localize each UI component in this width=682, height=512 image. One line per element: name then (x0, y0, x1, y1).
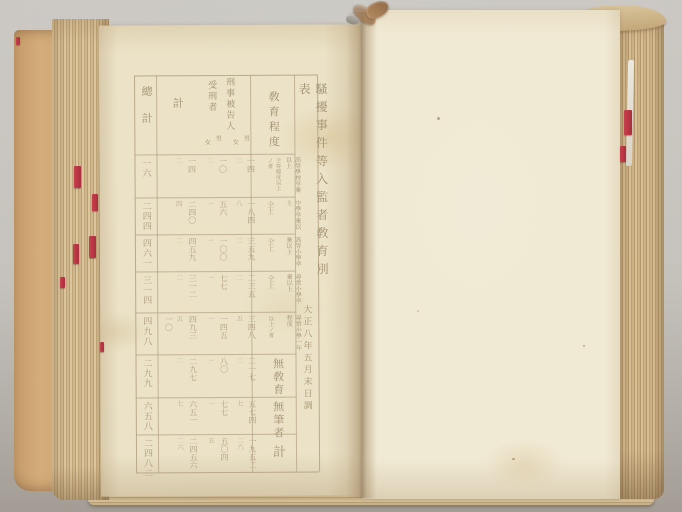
right-page-edges (617, 13, 664, 499)
cell-value: 二六 (176, 437, 185, 450)
red-tab (100, 342, 104, 352)
cell-value: 二 (236, 357, 245, 364)
cell-value: 三四八 (246, 315, 257, 339)
row-education-note: 仝上 (266, 238, 276, 267)
cell-value: 四五九 (187, 237, 198, 261)
row-education-label: 尋常小學卒業以上 (284, 274, 302, 309)
cell-value: 二 (234, 157, 243, 164)
red-tab (60, 277, 65, 288)
cell-value: 一四 (186, 157, 197, 173)
row-education-label: 無筆者 (270, 401, 286, 440)
cell-value: 一 (207, 400, 216, 407)
subheader-convicts-male: 男 (213, 135, 222, 141)
grand-total-value: 二四四 (140, 201, 153, 231)
cell-value: 五 (235, 315, 244, 322)
header-grand-total: 總計 (138, 85, 154, 159)
right-blank-page (362, 10, 620, 499)
cell-value: 五七四 (247, 400, 258, 424)
cell-value: 七 (236, 400, 245, 407)
table-grid-vline (134, 75, 137, 472)
cell-value: 一 (206, 315, 215, 322)
cell-value: 二 (176, 357, 185, 364)
cell-value: 一九五二 (247, 437, 258, 469)
education-table: 騷擾事件等入監者敎育別表大正八年五月末日調總計計受刑者刑事被告人敎育程度男女男女… (99, 24, 363, 496)
cell-value: 五 (175, 315, 184, 322)
cell-value: 七七 (218, 274, 229, 290)
cell-value: 二 (235, 274, 244, 281)
row-education-note: 仝等程度以上ノ者 (265, 158, 281, 193)
row-education-label: 中學卒業以上 (284, 200, 302, 231)
grand-total-value: 二四八二 (141, 438, 154, 478)
left-page: 騷擾事件等入監者敎育別表大正八年五月末日調總計計受刑者刑事被告人敎育程度男女男女… (99, 24, 363, 496)
cell-value: 一 (207, 357, 216, 364)
foxing-speck (583, 345, 585, 347)
row-education-label: 無敎育 (270, 358, 286, 397)
table-grid-hline (135, 354, 295, 356)
table-grid-hline (135, 234, 295, 236)
cell-value: 二三五 (246, 274, 257, 298)
header-defendants: 刑事被告人 (223, 77, 236, 132)
table-grid-hline (135, 271, 295, 273)
row-education-label: 高等小學卒業以上 (284, 237, 302, 268)
cell-value: 七七 (219, 400, 230, 416)
table-grid-hline (135, 197, 295, 199)
table-grid-hline (136, 472, 319, 474)
cell-value: 一四 (245, 157, 256, 173)
cell-value: 二 (174, 157, 183, 164)
cell-value: 一四五 (218, 315, 229, 339)
cell-value: 八〇 (219, 357, 230, 373)
row-education-note: 以上ノ者 (266, 316, 274, 350)
cell-value: 二 (235, 237, 244, 244)
header-convicts: 受刑者 (205, 80, 218, 113)
row-education-label: 尋常小學一年程度 (284, 315, 302, 351)
cell-value: 一 (206, 237, 215, 244)
row-education-note: 仝上 (266, 275, 276, 308)
photo-of-open-ledger-book: 騷擾事件等入監者敎育別表大正八年五月末日調總計計受刑者刑事被告人敎育程度男女男女… (0, 0, 682, 512)
subheader-defendants-male: 男 (241, 135, 250, 141)
cell-value: 四九三 (187, 315, 198, 339)
row-education-label: 計 (268, 445, 287, 458)
cell-value: 二 (205, 157, 214, 164)
subheader-convicts-female: 女 (202, 139, 211, 145)
cell-value: 二六 (236, 437, 245, 450)
row-education-label: 高等學校卒業以上 (283, 157, 301, 194)
cell-value: 一〇 (217, 157, 228, 173)
cell-value: 五六 (218, 200, 229, 216)
red-tab (16, 37, 20, 45)
subheader-defendants-female: 女 (230, 139, 239, 145)
table-grid-hline (136, 397, 296, 399)
cell-value: 一八四 (246, 200, 257, 224)
table-grid-hline (134, 154, 294, 156)
table-grid-hline (135, 312, 295, 314)
cell-value: 七 (176, 400, 185, 407)
cell-value: 一〇 (163, 315, 174, 331)
grand-total-value: 一六 (139, 158, 152, 178)
cell-value: 一 (206, 274, 215, 281)
cell-value: 六五一 (188, 400, 199, 424)
foxing-speck (512, 458, 515, 460)
red-tab (92, 194, 98, 211)
row-education-note: 仝上 (266, 201, 276, 230)
header-education-level: 敎育程度 (265, 91, 281, 151)
grand-total-value: 六五八 (141, 401, 154, 431)
cell-value: 二一七 (247, 357, 258, 381)
grand-total-value: 四九八 (140, 316, 153, 346)
cell-value: 一 (206, 200, 215, 207)
red-tab (74, 166, 81, 188)
book-gutter-shadow (346, 12, 376, 498)
grand-total-value: 四六一 (140, 238, 153, 268)
cell-value: 一〇〇 (218, 237, 229, 261)
table-grid-vline (156, 75, 159, 472)
cell-value: 五〇四 (219, 437, 230, 461)
red-tab (620, 146, 626, 162)
foxing-speck (417, 310, 419, 312)
red-tab (89, 236, 96, 258)
header-total: 計 (169, 97, 185, 108)
grand-total-value: 二九九 (141, 358, 154, 388)
cell-value: 八 (235, 200, 244, 207)
foxing-speck (437, 117, 440, 120)
cell-value: 二四五六 (188, 437, 199, 469)
cell-value: 二 (175, 237, 184, 244)
cell-value: 二四〇 (187, 200, 198, 224)
cell-value: 二九七 (188, 357, 199, 381)
cell-value: 二 (175, 274, 184, 281)
cell-value: 三一二 (187, 274, 198, 298)
red-tab (73, 244, 79, 264)
grand-total-value: 三一四 (140, 275, 153, 305)
red-tab (624, 110, 632, 135)
cell-value: 四 (175, 200, 184, 207)
cell-value: 三五九 (246, 237, 257, 261)
cell-value: 五 (207, 437, 216, 444)
